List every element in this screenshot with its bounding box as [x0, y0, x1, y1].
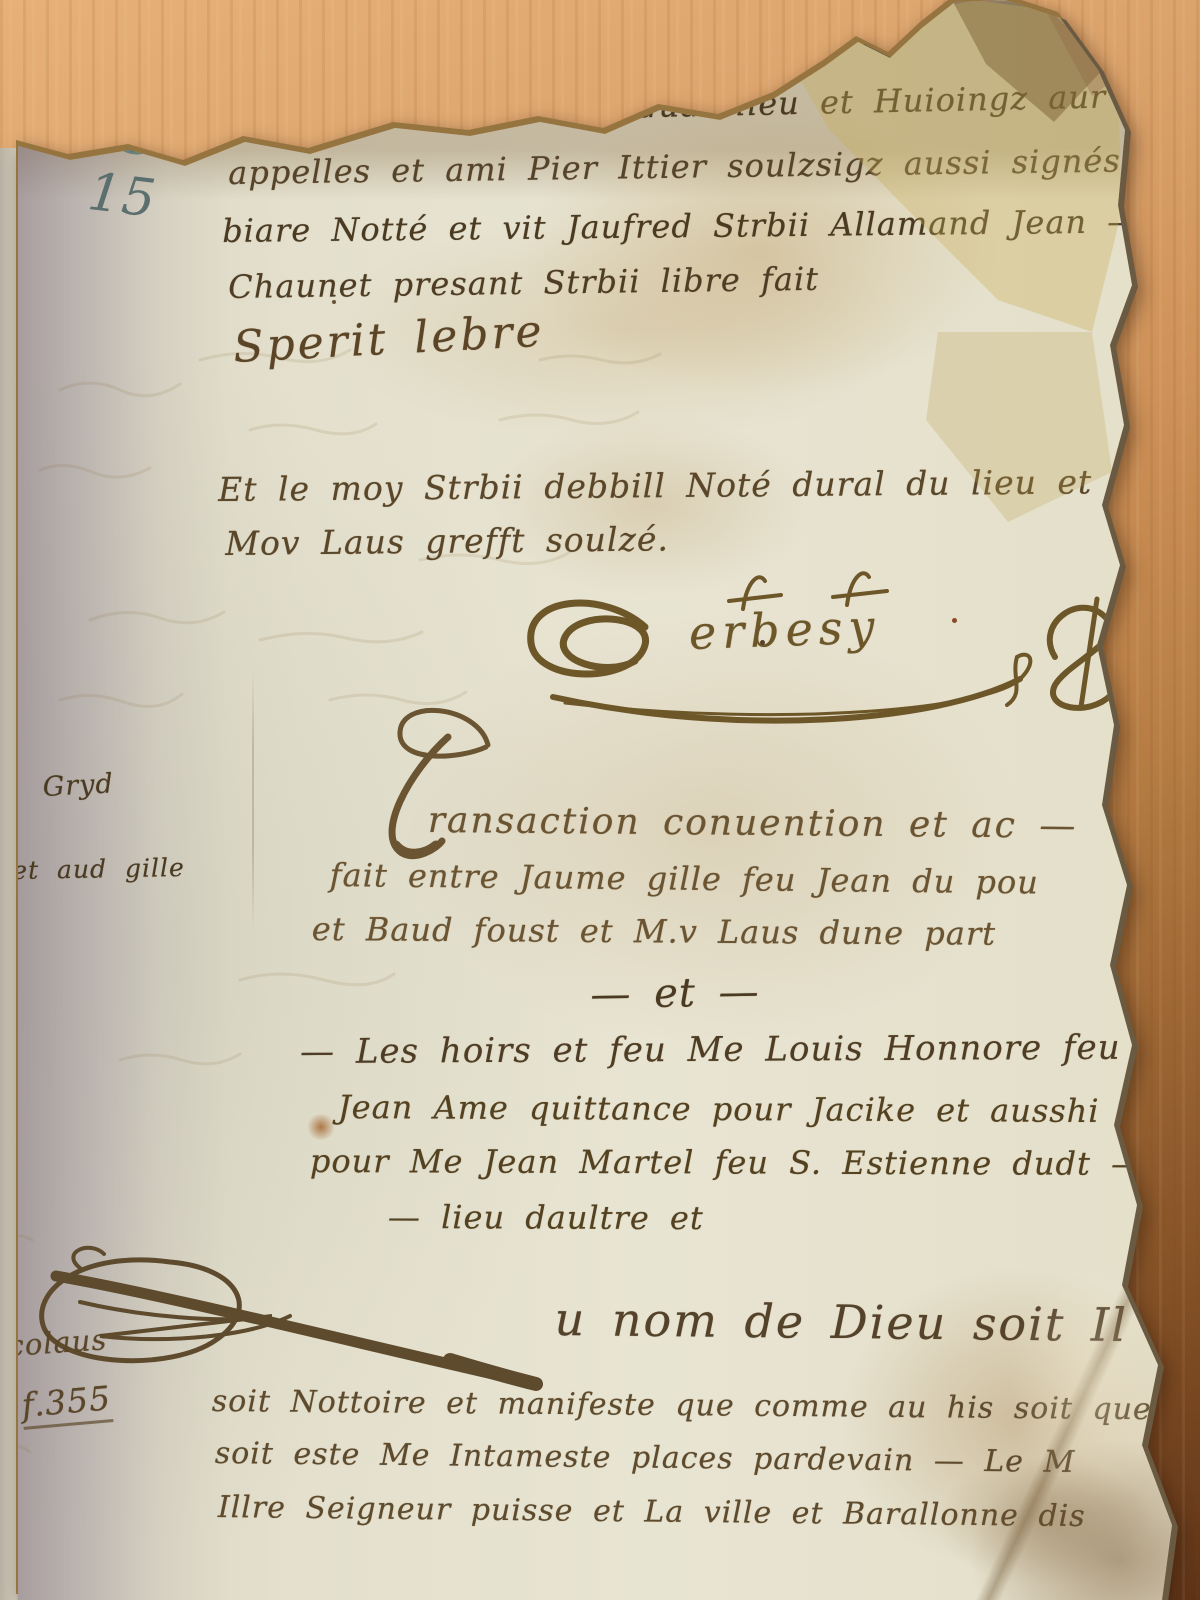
- text-line: — Les hoirs et feu Me Louis Honnore feu …: [300, 1027, 1177, 1072]
- page-wrap: 74 15 Chaunet fils. Charlles dudt lieu e…: [0, 0, 1200, 1600]
- rust-stain: [306, 1114, 336, 1140]
- signature-sperit-lebre: Sperit lebre: [232, 306, 546, 373]
- folio-number-pencil: 15: [85, 162, 160, 230]
- initial-A-flourish: [20, 1232, 560, 1402]
- text-line: Mov Laus grefft soulzé.: [225, 519, 669, 563]
- et-word: — et —: [590, 969, 760, 1018]
- text-line: et Baud foust et M.v Laus dune part: [312, 910, 996, 953]
- ink-speck: [760, 640, 765, 645]
- crumpled-corner: [930, 1270, 1200, 1600]
- signature-derbesy: erbesy: [688, 599, 881, 660]
- ink-speck: [952, 618, 957, 623]
- folio-number-ink: 74: [58, 84, 119, 135]
- text-line: pour Me Jean Martel feu S. Estienne dudt…: [310, 1142, 1144, 1183]
- ink-speck: [332, 300, 336, 304]
- manuscript-page: 74 15 Chaunet fils. Charlles dudt lieu e…: [0, 0, 1200, 1600]
- text-line: Jean Ame quittance pour Jacike et ausshi…: [338, 1088, 1153, 1130]
- heading-transaction: ransaction conuention et ac —: [428, 800, 1078, 847]
- margin-note-gryd: Gryd: [42, 768, 115, 803]
- text-line: Chaunet presant Strbii libre fait: [228, 260, 819, 306]
- text-line: fait entre Jaume gille feu Jean du pou: [330, 856, 1039, 901]
- margin-note-aud-gille: et aud gille: [12, 853, 185, 885]
- paper-crease: [252, 670, 254, 930]
- manuscript-photo: 74 15 Chaunet fils. Charlles dudt lieu e…: [0, 0, 1200, 1600]
- margin-note-f355: f.355: [20, 1378, 113, 1430]
